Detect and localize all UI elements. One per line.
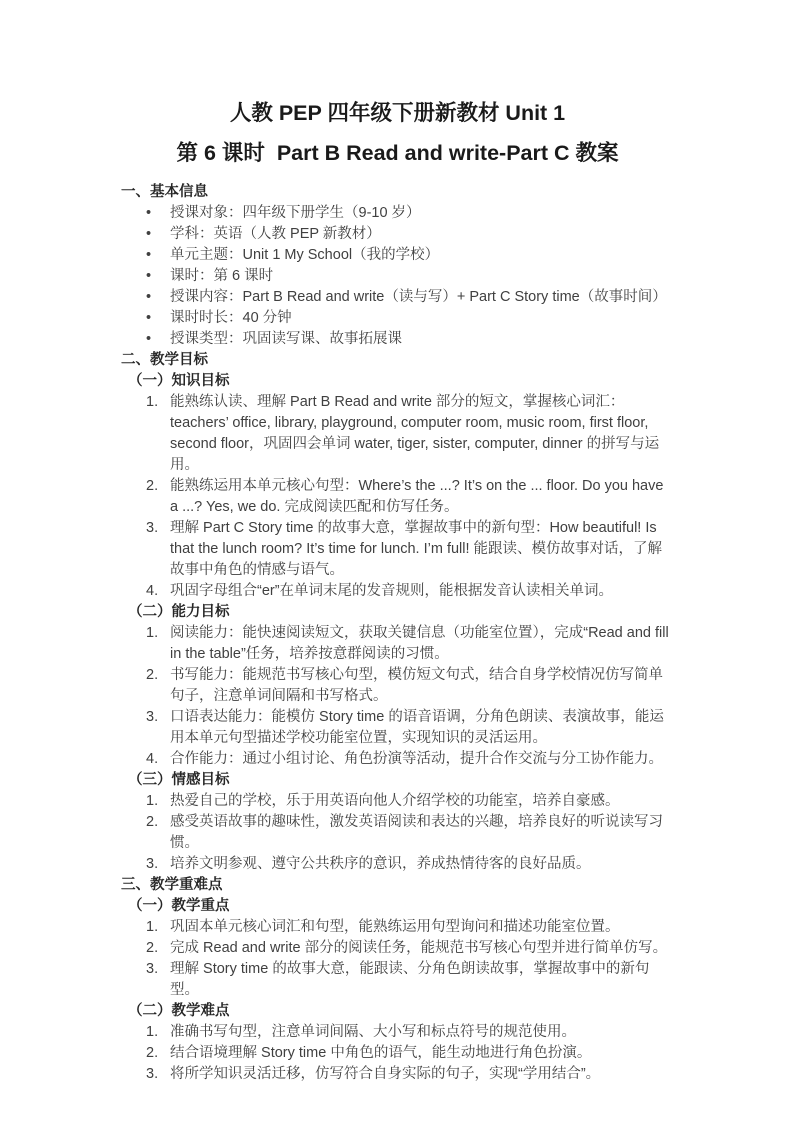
doc-title-line1: 人教 PEP 四年级下册新教材 Unit 1 — [121, 98, 674, 128]
list-item: 将所学知识灵活迁移，仿写符合自身实际的句子，实现“学用结合”。 — [146, 1064, 674, 1085]
list-item: 理解 Part C Story time 的故事大意，掌握故事中的新句型：How… — [146, 518, 674, 581]
list-item: 书写能力：能规范书写核心句型，模仿短文句式，结合自身学校情况仿写简单句子，注意单… — [146, 665, 674, 707]
list-item: 准确书写句型，注意单词间隔、大小写和标点符号的规范使用。 — [146, 1022, 674, 1043]
list-item: 感受英语故事的趣味性，激发英语阅读和表达的兴趣，培养良好的听说读写习惯。 — [146, 812, 674, 854]
subsection-heading-knowledge-goals: （一）知识目标 — [128, 371, 674, 392]
list-item: 口语表达能力：能模仿 Story time 的语音语调，分角色朗读、表演故事，能… — [146, 707, 674, 749]
list-item: 巩固本单元核心词汇和句型，能熟练运用句型询问和描述功能室位置。 — [146, 917, 674, 938]
list-item: 合作能力：通过小组讨论、角色扮演等活动，提升合作交流与分工协作能力。 — [146, 749, 674, 770]
knowledge-goals-list: 能熟练认读、理解 Part B Read and write 部分的短文，掌握核… — [121, 392, 674, 602]
subsection-heading-emotion-goals: （三）情感目标 — [128, 770, 674, 791]
teaching-focus-list: 巩固本单元核心词汇和句型，能熟练运用句型询问和描述功能室位置。 完成 Read … — [121, 917, 674, 1001]
document-page: 人教 PEP 四年级下册新教材 Unit 1 第 6 课时 Part B Rea… — [0, 0, 794, 1123]
subsection-heading-teaching-difficulty: （二）教学难点 — [128, 1001, 674, 1022]
list-item: 学科：英语（人教 PEP 新教材） — [146, 224, 674, 245]
section-heading-key-points: 三、教学重难点 — [121, 875, 674, 896]
list-item: 授课内容：Part B Read and write（读与写）+ Part C … — [146, 287, 674, 308]
list-item: 单元主题：Unit 1 My School（我的学校） — [146, 245, 674, 266]
emotion-goals-list: 热爱自己的学校，乐于用英语向他人介绍学校的功能室，培养自豪感。 感受英语故事的趣… — [121, 791, 674, 875]
basic-info-list: 授课对象：四年级下册学生（9-10 岁） 学科：英语（人教 PEP 新教材） 单… — [121, 203, 674, 350]
list-item: 能熟练认读、理解 Part B Read and write 部分的短文，掌握核… — [146, 392, 674, 476]
section-heading-basic-info: 一、基本信息 — [121, 182, 674, 203]
list-item: 热爱自己的学校，乐于用英语向他人介绍学校的功能室，培养自豪感。 — [146, 791, 674, 812]
list-item: 课时时长：40 分钟 — [146, 308, 674, 329]
doc-title-line2: 第 6 课时 Part B Read and write-Part C 教案 — [121, 138, 674, 168]
subsection-heading-teaching-focus: （一）教学重点 — [128, 896, 674, 917]
list-item: 巩固字母组合“er”在单词末尾的发音规则，能根据发音认读相关单词。 — [146, 581, 674, 602]
list-item: 授课对象：四年级下册学生（9-10 岁） — [146, 203, 674, 224]
section-heading-goals: 二、教学目标 — [121, 350, 674, 371]
list-item: 结合语境理解 Story time 中角色的语气，能生动地进行角色扮演。 — [146, 1043, 674, 1064]
list-item: 能熟练运用本单元核心句型：Where’s the ...? It’s on th… — [146, 476, 674, 518]
list-item: 理解 Story time 的故事大意，能跟读、分角色朗读故事，掌握故事中的新句… — [146, 959, 674, 1001]
teaching-difficulty-list: 准确书写句型，注意单词间隔、大小写和标点符号的规范使用。 结合语境理解 Stor… — [121, 1022, 674, 1085]
list-item: 完成 Read and write 部分的阅读任务，能规范书写核心句型并进行简单… — [146, 938, 674, 959]
ability-goals-list: 阅读能力：能快速阅读短文，获取关键信息（功能室位置），完成“Read and f… — [121, 623, 674, 770]
subsection-heading-ability-goals: （二）能力目标 — [128, 602, 674, 623]
list-item: 授课类型：巩固读写课、故事拓展课 — [146, 329, 674, 350]
list-item: 培养文明参观、遵守公共秩序的意识，养成热情待客的良好品质。 — [146, 854, 674, 875]
list-item: 课时：第 6 课时 — [146, 266, 674, 287]
list-item: 阅读能力：能快速阅读短文，获取关键信息（功能室位置），完成“Read and f… — [146, 623, 674, 665]
